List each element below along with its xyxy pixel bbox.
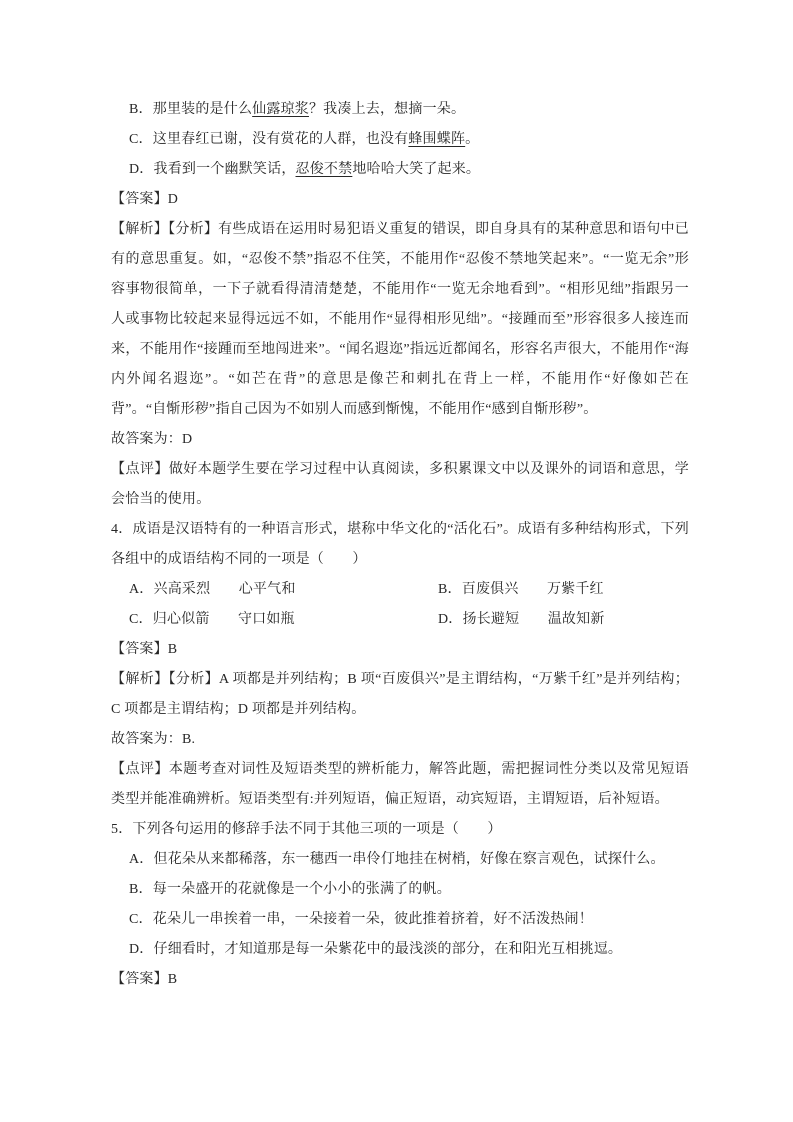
option-label: D． — [438, 612, 463, 627]
text-segment: 那里装的是什么 — [153, 102, 252, 117]
text-segment: 5．下列各句运用的修辞手法不同于其他三项的一项是（ ） — [111, 822, 502, 837]
text-segment: 4．成语是汉语特有的一种语言形式，堪称中华文化的“活化石”。成语有多种结构形式，… — [111, 522, 689, 567]
text-segment: 【点评】做好本题学生要在学习过程中认真阅读，多积累课文中以及课外的词语和意思，学… — [111, 462, 689, 507]
option-text: 归心似箭 守口如瓶 — [153, 612, 295, 627]
underlined-idiom: 蜂围蝶阵 — [408, 132, 465, 147]
option-text: 扬长避短 温故知新 — [463, 612, 605, 627]
text-segment: 故答案为：D — [111, 432, 192, 447]
text-segment: 花朵儿一串挨着一串，一朵接着一朵，彼此推着挤着，好不活泼热闹！ — [153, 912, 593, 927]
paragraph: 【点评】做好本题学生要在学习过程中认真阅读，多积累课文中以及课外的词语和意思，学… — [111, 455, 689, 515]
text-segment: 【答案】B — [111, 642, 177, 657]
text-segment: 【答案】D — [111, 192, 178, 207]
option-line: D．仔细看时，才知道那是每一朵紫花中的最浅淡的部分，在和阳光互相挑逗。 — [111, 935, 689, 965]
text-segment: 地哈哈大笑了起来。 — [352, 162, 480, 177]
idiom-option: A．兴高采烈 心平气和 — [129, 575, 438, 605]
option-line: B．那里装的是什么仙露琼浆？我凑上去，想摘一朵。 — [111, 95, 689, 125]
idiom-option: C．归心似箭 守口如瓶 — [129, 605, 438, 635]
underlined-idiom: 仙露琼浆 — [252, 102, 309, 117]
text-segment: 【解析】【分析】有些成语在运用时易犯语义重复的错误，即自身具有的某种意思和语句中… — [111, 222, 689, 417]
idiom-option-row: C．归心似箭 守口如瓶D．扬长避短 温故知新 — [111, 605, 689, 635]
text-segment: 每一朵盛开的花就像是一个小小的张满了的帆。 — [153, 882, 451, 897]
underlined-idiom: 忍俊不禁 — [296, 162, 353, 177]
text-segment: 我看到一个幽默笑话， — [154, 162, 296, 177]
option-label: C． — [129, 612, 153, 627]
option-label: B． — [129, 882, 153, 897]
option-label: B． — [438, 582, 462, 597]
option-line: D．我看到一个幽默笑话，忍俊不禁地哈哈大笑了起来。 — [111, 155, 689, 185]
option-label: A． — [129, 582, 154, 597]
option-line: A．但花朵从来都稀落，东一穗西一串伶仃地挂在树梢，好像在察言观色，试探什么。 — [111, 845, 689, 875]
document-page: B．那里装的是什么仙露琼浆？我凑上去，想摘一朵。C．这里春红已谢，没有赏花的人群… — [0, 0, 793, 1122]
paragraph: 【解析】【分析】有些成语在运用时易犯语义重复的错误，即自身具有的某种意思和语句中… — [111, 215, 689, 425]
option-label: A． — [129, 852, 154, 867]
question-line: 4．成语是汉语特有的一种语言形式，堪称中华文化的“活化石”。成语有多种结构形式，… — [111, 515, 689, 575]
option-line: B．每一朵盛开的花就像是一个小小的张满了的帆。 — [111, 875, 689, 905]
paragraph: 故答案为：B. — [111, 725, 689, 755]
question-line: 5．下列各句运用的修辞手法不同于其他三项的一项是（ ） — [111, 815, 689, 845]
option-text: 百废俱兴 万紫千红 — [462, 582, 604, 597]
idiom-option: B．百废俱兴 万紫千红 — [438, 575, 604, 605]
option-label: C． — [129, 912, 153, 927]
text-segment: 故答案为：B. — [111, 732, 195, 747]
option-line: C．这里春红已谢，没有赏花的人群，也没有蜂围蝶阵。 — [111, 125, 689, 155]
idiom-option: D．扬长避短 温故知新 — [438, 605, 605, 635]
text-segment: 这里春红已谢，没有赏花的人群，也没有 — [153, 132, 409, 147]
text-segment: 仔细看时，才知道那是每一朵紫花中的最浅淡的部分，在和阳光互相挑逗。 — [154, 942, 623, 957]
answer-line: 【答案】B — [111, 635, 689, 665]
paragraph: 故答案为：D — [111, 425, 689, 455]
paragraph: 【解析】【分析】A 项都是并列结构；B 项“百废俱兴”是主谓结构，“万紫千红”是… — [111, 665, 689, 725]
option-text: 兴高采烈 心平气和 — [154, 582, 296, 597]
paragraph: 【点评】本题考查对词性及短语类型的辨析能力，解答此题，需把握词性分类以及常见短语… — [111, 755, 689, 815]
text-segment: 【解析】【分析】A 项都是并列结构；B 项“百废俱兴”是主谓结构，“万紫千红”是… — [111, 672, 689, 717]
idiom-option-row: A．兴高采烈 心平气和B．百废俱兴 万紫千红 — [111, 575, 689, 605]
answer-line: 【答案】B — [111, 965, 689, 995]
option-label: D． — [129, 162, 154, 177]
text-segment: 【答案】B — [111, 972, 177, 987]
option-label: B． — [129, 102, 153, 117]
option-label: D． — [129, 942, 154, 957]
text-segment: ？我凑上去，想摘一朵。 — [309, 102, 465, 117]
document-content: B．那里装的是什么仙露琼浆？我凑上去，想摘一朵。C．这里春红已谢，没有赏花的人群… — [111, 95, 689, 995]
text-segment: 但花朵从来都稀落，东一穗西一串伶仃地挂在树梢，好像在察言观色，试探什么。 — [154, 852, 665, 867]
option-label: C． — [129, 132, 153, 147]
answer-line: 【答案】D — [111, 185, 689, 215]
text-segment: 。 — [465, 132, 479, 147]
text-segment: 【点评】本题考查对词性及短语类型的辨析能力，解答此题，需把握词性分类以及常见短语… — [111, 762, 689, 807]
option-line: C．花朵儿一串挨着一串，一朵接着一朵，彼此推着挤着，好不活泼热闹！ — [111, 905, 689, 935]
